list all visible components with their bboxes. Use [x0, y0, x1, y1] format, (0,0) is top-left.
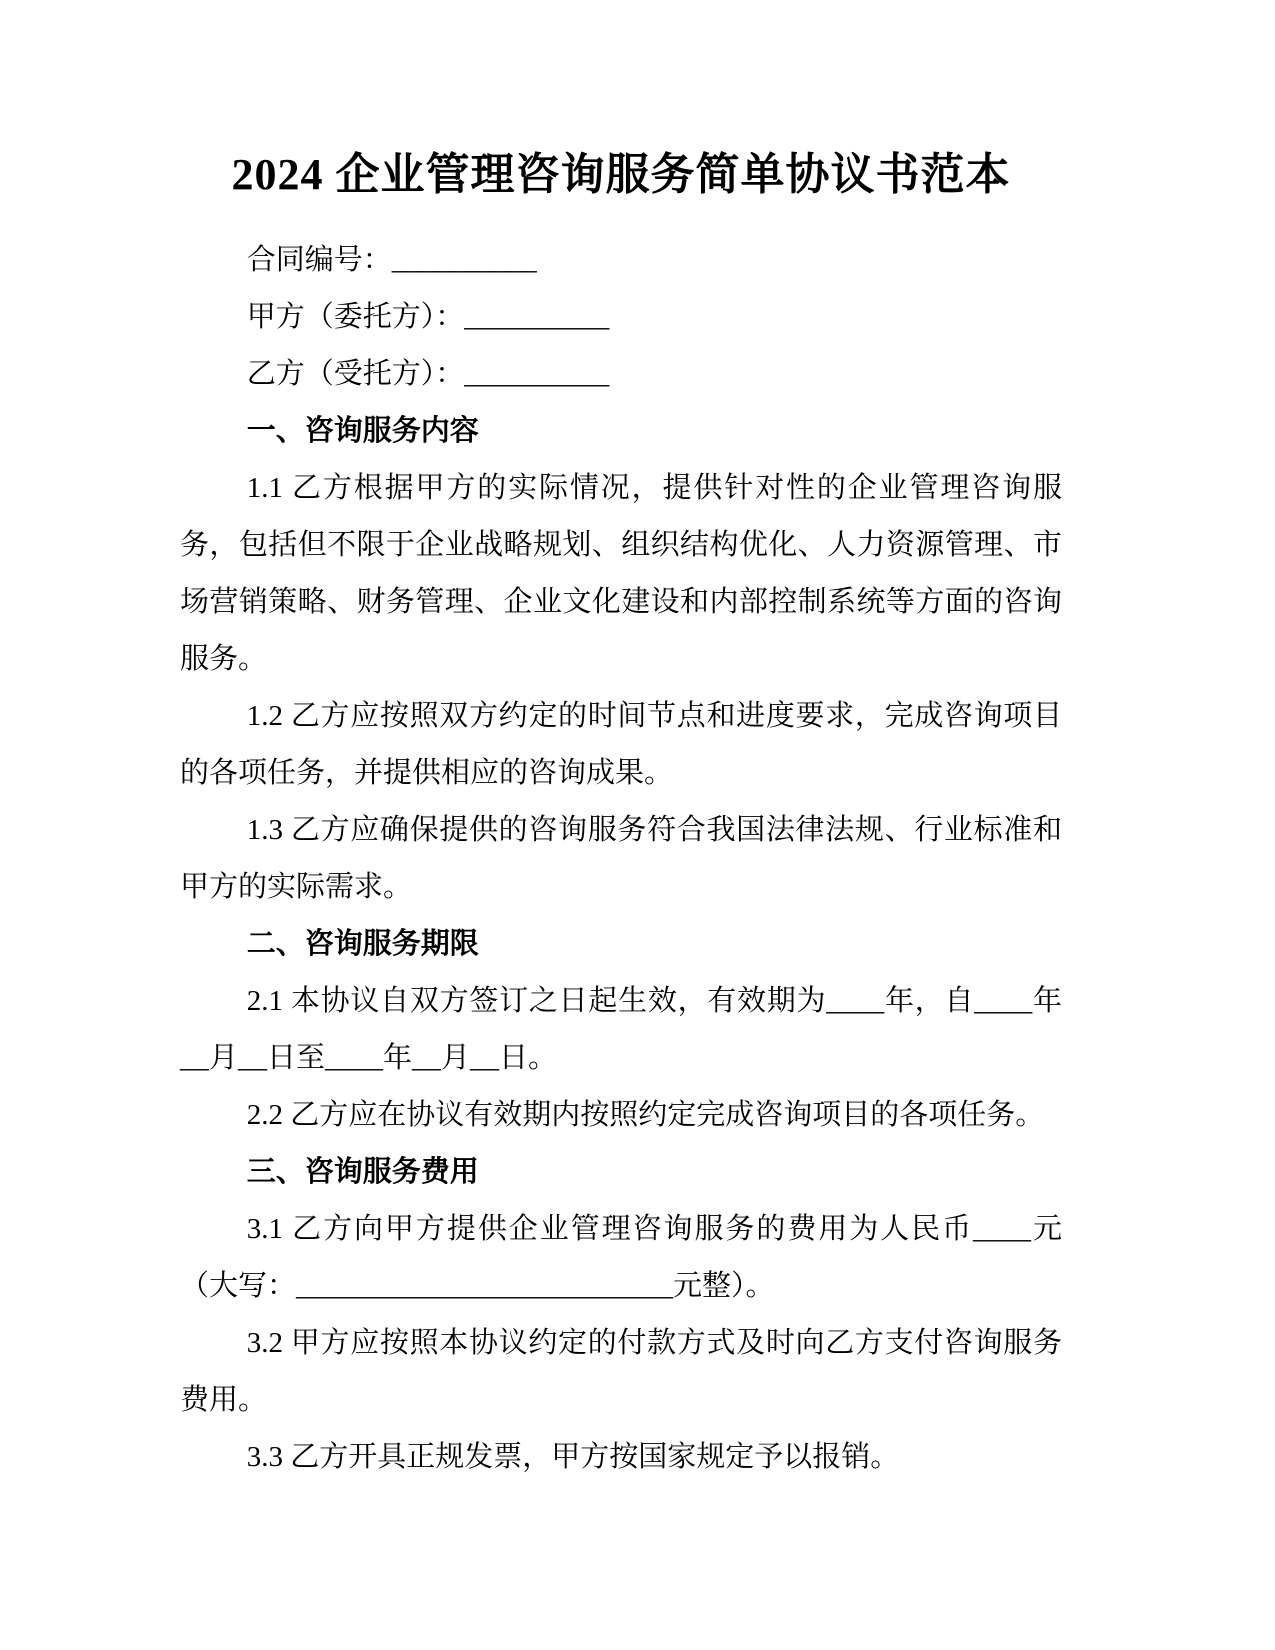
party-b-label: 乙方（受托方）：: [247, 358, 465, 390]
party-a-blank-line: __________: [464, 301, 609, 333]
field-row-party-b: 乙方（受托方）：__________: [180, 346, 1062, 403]
paragraph-1-1: 1.1 乙方根据甲方的实际情况，提供针对性的企业管理咨询服务，包括但不限于企业战…: [180, 460, 1062, 688]
paragraph-1-2: 1.2 乙方应按照双方约定的时间节点和进度要求，完成咨询项目的各项任务，并提供相…: [180, 688, 1062, 802]
contract-number-label: 合同编号：: [247, 244, 392, 276]
section-1-heading: 一、咨询服务内容: [180, 403, 1062, 460]
field-row-party-a: 甲方（委托方）：__________: [180, 289, 1062, 346]
party-b-blank-line: __________: [464, 358, 609, 390]
paragraph-3-3: 3.3 乙方开具正规发票，甲方按国家规定予以报销。: [180, 1429, 1062, 1486]
document-title: 2024 企业管理咨询服务简单协议书范本: [180, 148, 1062, 202]
contract-number-blank-line: __________: [392, 244, 537, 276]
paragraph-2-2: 2.2 乙方应在协议有效期内按照约定完成咨询项目的各项任务。: [180, 1087, 1062, 1144]
document-page: 2024 企业管理咨询服务简单协议书范本 合同编号：__________ 甲方（…: [0, 0, 1275, 1650]
party-a-label: 甲方（委托方）：: [247, 301, 465, 333]
field-row-contract-number: 合同编号：__________: [180, 232, 1062, 289]
paragraph-3-1: 3.1 乙方向甲方提供企业管理咨询服务的费用为人民币____元（大写：_____…: [180, 1201, 1062, 1315]
section-3-heading: 三、咨询服务费用: [180, 1144, 1062, 1201]
paragraph-2-1: 2.1 本协议自双方签订之日起生效，有效期为____年，自____年__月__日…: [180, 973, 1062, 1087]
section-2-heading: 二、咨询服务期限: [180, 916, 1062, 973]
paragraph-1-3: 1.3 乙方应确保提供的咨询服务符合我国法律法规、行业标准和甲方的实际需求。: [180, 802, 1062, 916]
paragraph-3-2: 3.2 甲方应按照本协议约定的付款方式及时向乙方支付咨询服务费用。: [180, 1315, 1062, 1429]
